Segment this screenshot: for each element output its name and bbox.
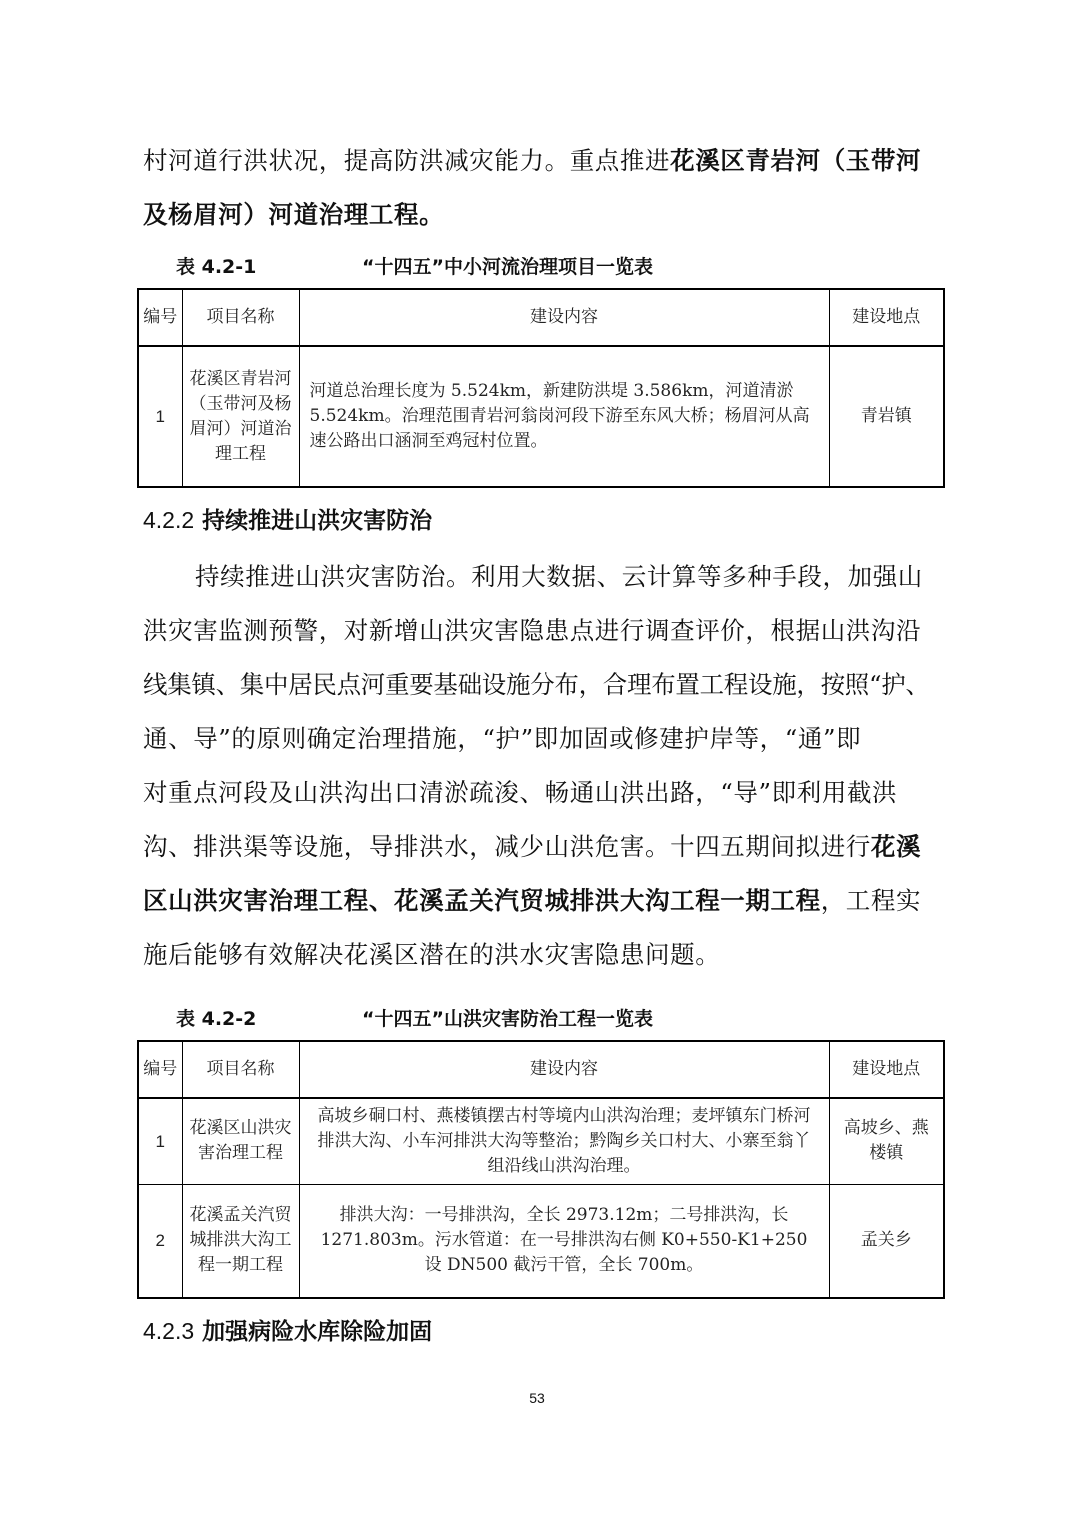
table-header-row: 编号 项目名称 建设内容 建设地点 xyxy=(138,1041,944,1098)
section-number: 4.2.3 xyxy=(143,1318,194,1344)
body-line-1: 持续推进山洪灾害防治。利用大数据、云计算等多种手段，加强山 xyxy=(195,558,923,593)
header-content: 建设内容 xyxy=(299,289,829,346)
section-title: 加强病险水库除险加固 xyxy=(202,1319,432,1345)
header-name: 项目名称 xyxy=(182,289,299,346)
table-header-row: 编号 项目名称 建设内容 建设地点 xyxy=(138,289,944,346)
table-river-projects: 编号 项目名称 建设内容 建设地点 1 花溪区青岩河（玉带河及杨眉河）河道治理工… xyxy=(137,288,945,488)
header-name: 项目名称 xyxy=(182,1041,299,1098)
section-heading-4-2-2: 4.2.2 持续推进山洪灾害防治 xyxy=(143,502,432,535)
table-row: 1 花溪区山洪灾害治理工程 高坡乡硐口村、燕楼镇摆古村等境内山洪沟治理；麦坪镇东… xyxy=(138,1098,944,1184)
cell-content: 河道总治理长度为 5.524km，新建防洪堤 3.586km，河道清淤 5.52… xyxy=(299,346,829,487)
cell-name: 花溪孟关汽贸城排洪大沟工程一期工程 xyxy=(182,1184,299,1298)
header-no: 编号 xyxy=(138,1041,182,1098)
body-line-2: 洪灾害监测预警，对新增山洪灾害隐患点进行调查评价，根据山洪沟沿 xyxy=(143,612,921,647)
cell-content: 高坡乡硐口村、燕楼镇摆古村等境内山洪沟治理；麦坪镇东门桥河排洪大沟、小车河排洪大… xyxy=(299,1098,829,1184)
cell-location: 青岩镇 xyxy=(829,346,944,487)
intro-line-2: 及杨眉河）河道治理工程。 xyxy=(143,196,444,231)
body-text: 沟、排洪渠等设施，导排洪水，减少山洪危害。十四五期间拟进行 xyxy=(143,832,871,861)
body-text: ，工程实 xyxy=(821,886,921,915)
header-content: 建设内容 xyxy=(299,1041,829,1098)
section-title: 持续推进山洪灾害防治 xyxy=(202,508,432,534)
table-row: 2 花溪孟关汽贸城排洪大沟工程一期工程 排洪大沟：一号排洪沟，全长 2973.1… xyxy=(138,1184,944,1298)
header-location: 建设地点 xyxy=(829,1041,944,1098)
body-emphasis-cont: 区山洪灾害治理工程、花溪孟关汽贸城排洪大沟工程一期工程 xyxy=(143,886,821,915)
header-location: 建设地点 xyxy=(829,289,944,346)
page-number: 53 xyxy=(0,1390,1074,1406)
intro-emphasis-cont: 及杨眉河）河道治理工程。 xyxy=(143,200,444,229)
table2-caption-label: 表 4.2-2 xyxy=(176,1004,256,1031)
cell-content: 排洪大沟：一号排洪沟，全长 2973.12m；二号排洪沟，长 1271.803m… xyxy=(299,1184,829,1298)
body-line-3: 线集镇、集中居民点河重要基础设施分布，合理布置工程设施，按照“护、 xyxy=(143,666,930,701)
body-line-4: 通、导”的原则确定治理措施，“护”即加固或修建护岸等，“通”即 xyxy=(143,720,861,755)
cell-name: 花溪区青岩河（玉带河及杨眉河）河道治理工程 xyxy=(182,346,299,487)
section-number: 4.2.2 xyxy=(143,507,194,533)
table-flash-flood-projects: 编号 项目名称 建设内容 建设地点 1 花溪区山洪灾害治理工程 高坡乡硐口村、燕… xyxy=(137,1040,945,1299)
cell-location: 孟关乡 xyxy=(829,1184,944,1298)
body-emphasis: 花溪 xyxy=(871,832,921,861)
table2-caption-title: “十四五”山洪灾害防治工程一览表 xyxy=(362,1004,653,1031)
header-no: 编号 xyxy=(138,289,182,346)
body-line-8: 施后能够有效解决花溪区潜在的洪水灾害隐患问题。 xyxy=(143,936,720,971)
cell-no: 2 xyxy=(138,1184,182,1298)
table1-caption-label: 表 4.2-1 xyxy=(176,252,256,279)
body-line-5: 对重点河段及山洪沟出口清淤疏浚、畅通山洪出路，“导”即利用截洪 xyxy=(143,774,897,809)
intro-emphasis: 花溪区青岩河（玉带河 xyxy=(670,146,921,175)
cell-location: 高坡乡、燕楼镇 xyxy=(829,1098,944,1184)
cell-name: 花溪区山洪灾害治理工程 xyxy=(182,1098,299,1184)
intro-line-1: 村河道行洪状况，提高防洪减灾能力。重点推进花溪区青岩河（玉带河 xyxy=(143,142,921,177)
intro-text: 村河道行洪状况，提高防洪减灾能力。重点推进 xyxy=(143,146,670,175)
section-heading-4-2-3: 4.2.3 加强病险水库除险加固 xyxy=(143,1313,432,1346)
cell-no: 1 xyxy=(138,346,182,487)
body-line-6: 沟、排洪渠等设施，导排洪水，减少山洪危害。十四五期间拟进行花溪 xyxy=(143,828,921,863)
table1-caption-title: “十四五”中小河流治理项目一览表 xyxy=(362,252,653,279)
body-line-7: 区山洪灾害治理工程、花溪孟关汽贸城排洪大沟工程一期工程，工程实 xyxy=(143,882,921,917)
table-row: 1 花溪区青岩河（玉带河及杨眉河）河道治理工程 河道总治理长度为 5.524km… xyxy=(138,346,944,487)
cell-no: 1 xyxy=(138,1098,182,1184)
